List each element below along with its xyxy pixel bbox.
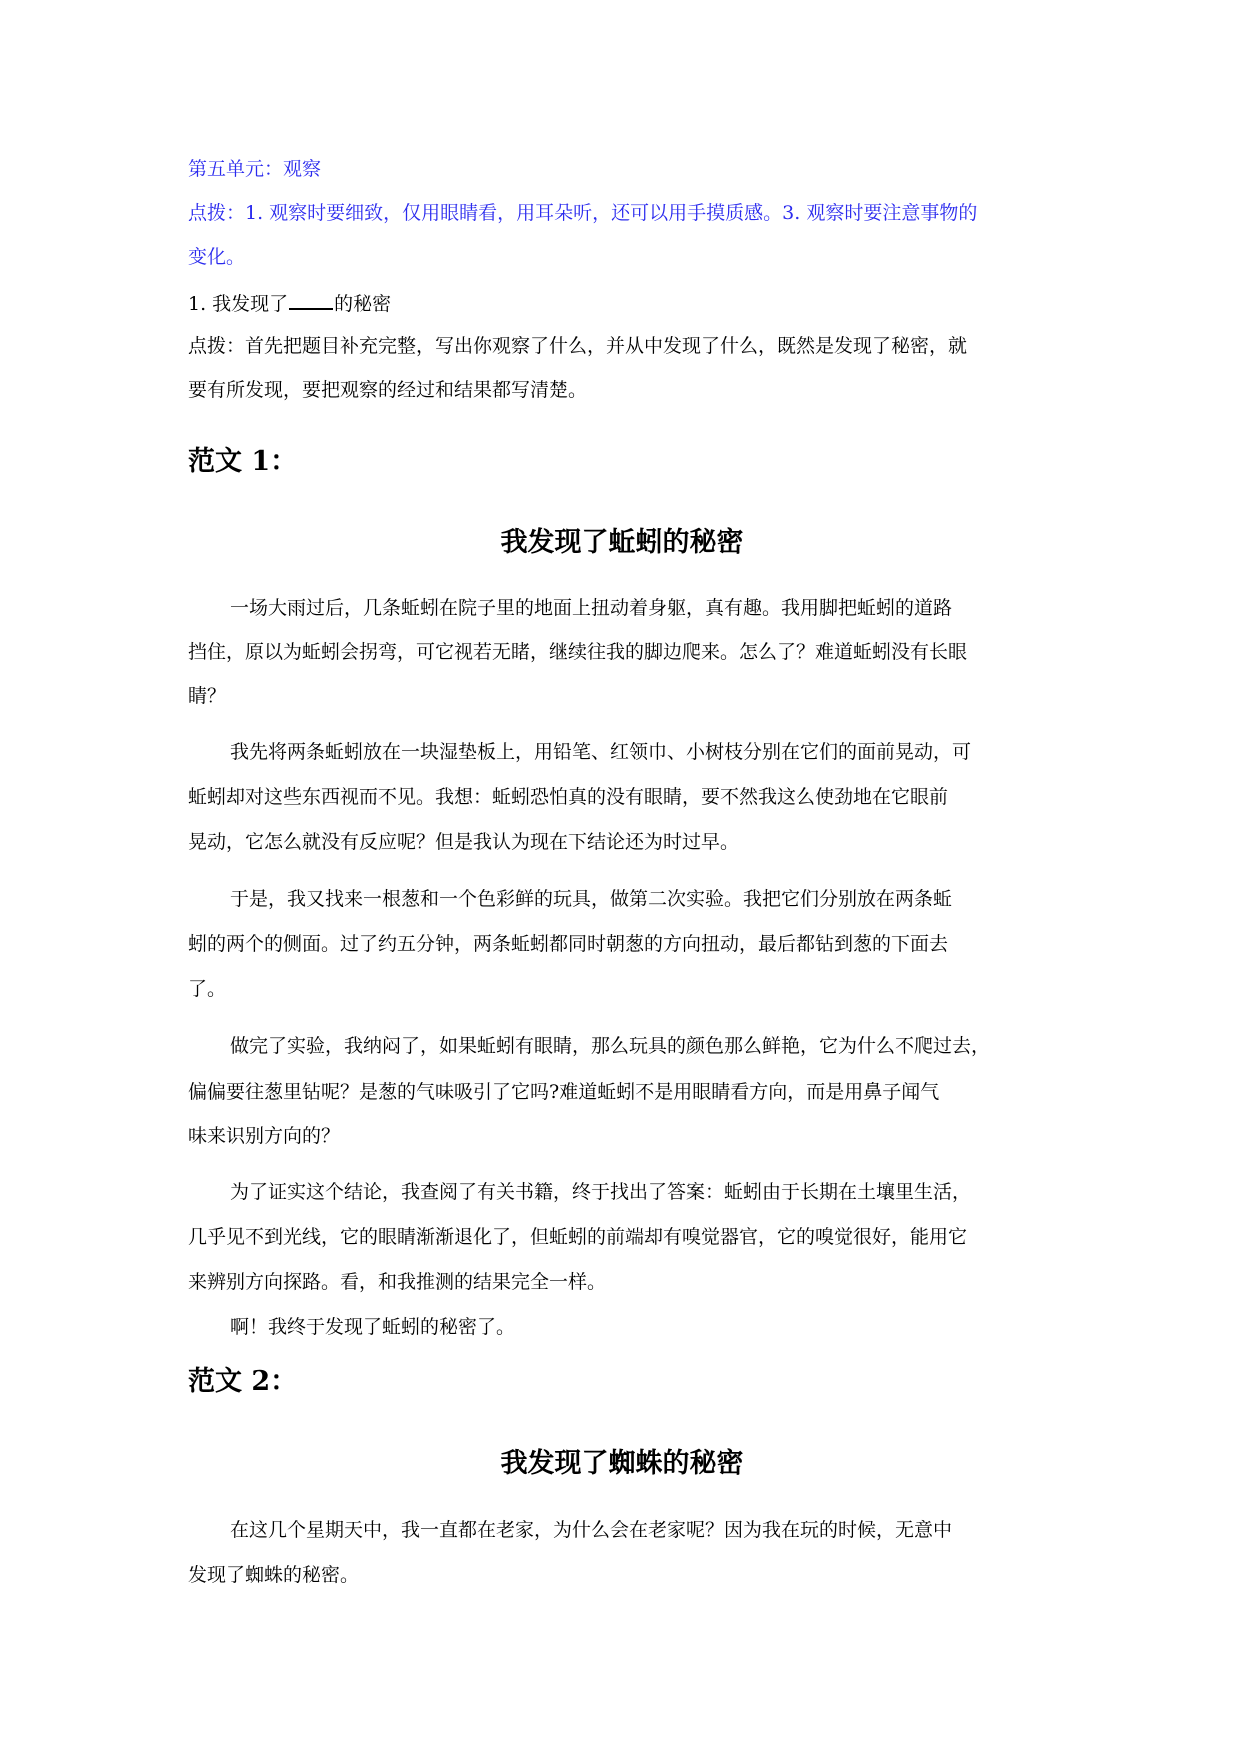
essay-1-line: 了。 (188, 977, 1056, 1001)
essay-1-line: 蚓的两个的侧面。过了约五分钟，两条蚯蚓都同时朝葱的方向扭动，最后都钻到葱的下面去 (188, 932, 1056, 956)
essay-1-label: 范文 1： (188, 446, 297, 478)
essay-1-line: 于是，我又找来一根葱和一个色彩鲜的玩具，做第二次实验。我把它们分别放在两条蚯 (188, 887, 1056, 911)
essay-1-line: 睛？ (188, 684, 1056, 708)
essay-1-line: 做完了实验，我纳闷了，如果蚯蚓有眼睛，那么玩具的颜色那么鲜艳，它为什么不爬过去， (188, 1034, 1056, 1058)
essay-1-line: 味来识别方向的？ (188, 1124, 1056, 1148)
exercise-prompt-before: 1. 我发现了 (188, 293, 288, 315)
fill-in-blank (289, 290, 333, 310)
essay-2-title: 我发现了蜘蛛的秘密 (188, 1448, 1056, 1480)
essay-1-line: 一场大雨过后，几条蚯蚓在院子里的地面上扭动着身躯，真有趣。我用脚把蚯蚓的道路 (188, 596, 1056, 620)
essay-1-line: 我先将两条蚯蚓放在一块湿垫板上，用铅笔、红领巾、小树枝分别在它们的面前晃动，可 (188, 740, 1056, 764)
essay-2-line: 在这几个星期天中，我一直都在老家，为什么会在老家呢？因为我在玩的时候，无意中 (188, 1518, 1056, 1542)
exercise-prompt-after: 的秘密 (334, 293, 391, 315)
exercise-tip-line-2: 要有所发现，要把观察的经过和结果都写清楚。 (188, 378, 1056, 402)
exercise-tip-line-1: 点拨：首先把题目补充完整，写出你观察了什么，并从中发现了什么，既然是发现了秘密，… (188, 334, 1056, 358)
essay-1-line: 几乎见不到光线，它的眼睛渐渐退化了，但蚯蚓的前端却有嗅觉器官，它的嗅觉很好，能用… (188, 1225, 1056, 1249)
essay-1-line: 偏偏要往葱里钻呢？是葱的气味吸引了它吗?难道蚯蚓不是用眼睛看方向，而是用鼻子闻气 (188, 1080, 1056, 1104)
essay-1-line: 啊！我终于发现了蚯蚓的秘密了。 (188, 1315, 1056, 1339)
essay-1-line: 晃动，它怎么就没有反应呢？但是我认为现在下结论还为时过早。 (188, 830, 1056, 854)
essay-1-title: 我发现了蚯蚓的秘密 (188, 527, 1056, 559)
unit-tip-line-1: 点拨：1. 观察时要细致，仅用眼睛看，用耳朵听，还可以用手摸质感。3. 观察时要… (188, 201, 1056, 225)
unit-tip-line-2: 变化。 (188, 245, 1056, 269)
essay-2-line: 发现了蜘蛛的秘密。 (188, 1563, 1056, 1587)
essay-1-line: 来辨别方向探路。看，和我推测的结果完全一样。 (188, 1270, 1056, 1294)
essay-1-line: 挡住，原以为蚯蚓会拐弯，可它视若无睹，继续往我的脚边爬来。怎么了？难道蚯蚓没有长… (188, 640, 1056, 664)
essay-1-line: 蚯蚓却对这些东西视而不见。我想：蚯蚓恐怕真的没有眼睛，要不然我这么使劲地在它眼前 (188, 785, 1056, 809)
essay-1-line: 为了证实这个结论，我查阅了有关书籍，终于找出了答案：蚯蚓由于长期在土壤里生活， (188, 1180, 1056, 1204)
unit-title: 第五单元：观察 (188, 157, 1056, 181)
essay-2-label: 范文 2： (188, 1366, 297, 1398)
exercise-prompt: 1. 我发现了的秘密 (188, 290, 1056, 316)
